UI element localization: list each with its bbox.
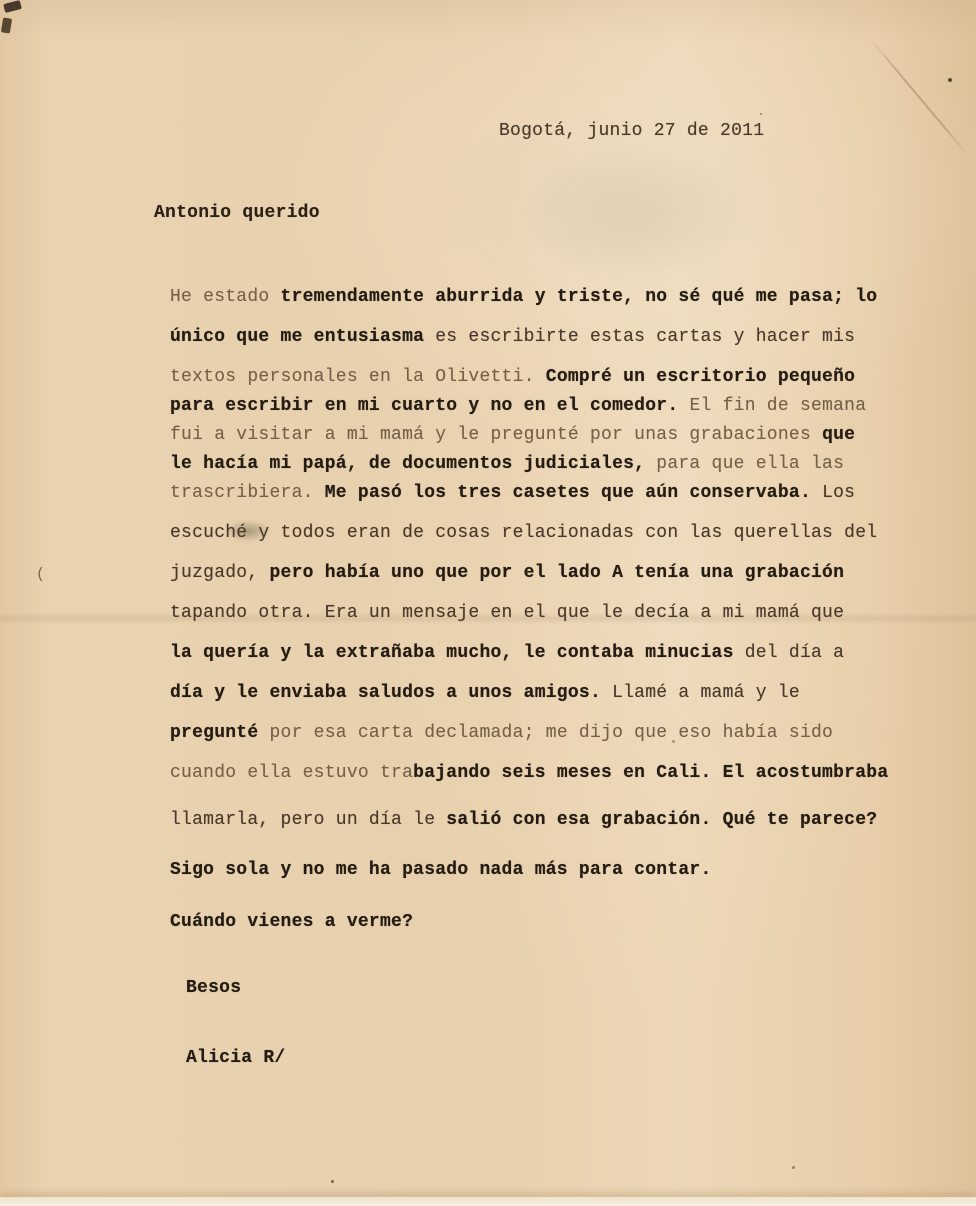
letter-text-segment: Cuándo vienes a verme? bbox=[170, 912, 413, 932]
letter-text-segment: Me pasó los tres casetes que aún conserv… bbox=[325, 483, 822, 503]
letter-text-segment: llamarla, pero un día le bbox=[170, 810, 446, 830]
letter-line: He estado tremendamente aburrida y trist… bbox=[170, 286, 910, 309]
letter-text-segment: tapando otra. Era un mensaje en el que l… bbox=[170, 603, 844, 623]
letter-text-segment: para escribir en mi cuarto y no en el co… bbox=[170, 396, 689, 416]
scan-mark-top-left-2 bbox=[1, 17, 12, 33]
letter-line: tapando otra. Era un mensaje en el que l… bbox=[170, 602, 910, 625]
letter-text-segment: textos personales en la Olivetti. bbox=[170, 367, 546, 387]
letter-body: He estado tremendamente aburrida y trist… bbox=[170, 286, 910, 1087]
paper-stain bbox=[520, 148, 750, 278]
letter-text-segment: He estado bbox=[170, 287, 281, 307]
letter-line: único que me entusiasma es escribirte es… bbox=[170, 326, 910, 349]
letter-text-segment: Besos bbox=[186, 978, 241, 998]
letter-text-segment: cuando ella estuvo tra bbox=[170, 763, 413, 783]
scan-mark-top-left-1 bbox=[3, 0, 22, 13]
paper-speck bbox=[792, 1166, 795, 1169]
scanned-letter-page: ( Bogotá, junio 27 de 2011 Antonio queri… bbox=[0, 0, 976, 1206]
letter-text-segment: Llamé a mamá y le bbox=[612, 683, 800, 703]
letter-text-segment: pero había uno que por el lado A tenía u… bbox=[269, 563, 844, 583]
letter-text-segment: Sigo sola y no me ha pasado nada más par… bbox=[170, 860, 712, 880]
letter-text-segment: que bbox=[822, 425, 855, 445]
letter-line: escuché y todos eran de cosas relacionad… bbox=[170, 522, 910, 545]
letter-text-segment: trascribiera. bbox=[170, 483, 325, 503]
letter-line: trascribiera. Me pasó los tres casetes q… bbox=[170, 482, 910, 505]
letter-text-segment: la quería y la extrañaba mucho, le conta… bbox=[170, 643, 745, 663]
bottom-paper-edge bbox=[0, 1197, 976, 1206]
letter-text-segment: para que ella las bbox=[656, 454, 844, 474]
letter-text-segment: tremendamente aburrida y triste, no sé q… bbox=[281, 287, 878, 307]
letter-text-segment: Alicia R/ bbox=[186, 1048, 285, 1068]
letter-line: llamarla, pero un día le salió con esa g… bbox=[170, 809, 910, 832]
letter-text-segment: por esa carta declamada; me dijo que eso… bbox=[269, 723, 833, 743]
paper-speck bbox=[760, 113, 762, 115]
letter-text-segment: El fin de semana bbox=[689, 396, 866, 416]
stray-ink-mark: ( bbox=[36, 566, 45, 583]
letter-text-segment: es escribirte estas cartas y hacer mis bbox=[435, 327, 855, 347]
letter-text-segment: escuché y todos eran de cosas relacionad… bbox=[170, 523, 877, 543]
letter-line: Besos bbox=[170, 977, 910, 1000]
letter-line: la quería y la extrañaba mucho, le conta… bbox=[170, 642, 910, 665]
dateline: Bogotá, junio 27 de 2011 bbox=[499, 120, 764, 143]
letter-text-segment: salió con esa grabación. Qué te parece? bbox=[446, 810, 877, 830]
letter-text-segment: Los bbox=[822, 483, 855, 503]
letter-text-segment: fui a visitar a mi mamá y le pregunté po… bbox=[170, 425, 822, 445]
paper-speck bbox=[948, 78, 952, 82]
letter-line: día y le enviaba saludos a unos amigos. … bbox=[170, 682, 910, 705]
salutation: Antonio querido bbox=[154, 202, 320, 225]
letter-line: juzgado, pero había uno que por el lado … bbox=[170, 562, 910, 585]
letter-text-segment: Compré un escritorio pequeño bbox=[546, 367, 855, 387]
paper-speck bbox=[331, 1180, 334, 1183]
letter-text-segment: día y le enviaba saludos a unos amigos. bbox=[170, 683, 612, 703]
letter-line: fui a visitar a mi mamá y le pregunté po… bbox=[170, 424, 910, 447]
letter-line: pregunté por esa carta declamada; me dij… bbox=[170, 722, 910, 745]
letter-line: Cuándo vienes a verme? bbox=[170, 911, 910, 934]
letter-line: textos personales en la Olivetti. Compré… bbox=[170, 366, 910, 389]
letter-text-segment: único que me entusiasma bbox=[170, 327, 435, 347]
letter-text-segment: juzgado, bbox=[170, 563, 269, 583]
letter-line: Sigo sola y no me ha pasado nada más par… bbox=[170, 859, 910, 882]
letter-line: Alicia R/ bbox=[170, 1047, 910, 1070]
letter-line: cuando ella estuvo trabajando seis meses… bbox=[170, 762, 910, 785]
letter-text-segment: bajando seis meses en Cali. El acostumbr… bbox=[413, 763, 888, 783]
letter-text-segment: le hacía mi papá, de documentos judicial… bbox=[170, 454, 656, 474]
letter-line: le hacía mi papá, de documentos judicial… bbox=[170, 453, 910, 476]
paper-crease-top-right bbox=[870, 39, 968, 155]
letter-text-segment: pregunté bbox=[170, 723, 269, 743]
letter-text-segment: del día a bbox=[745, 643, 844, 663]
letter-line: para escribir en mi cuarto y no en el co… bbox=[170, 395, 910, 418]
